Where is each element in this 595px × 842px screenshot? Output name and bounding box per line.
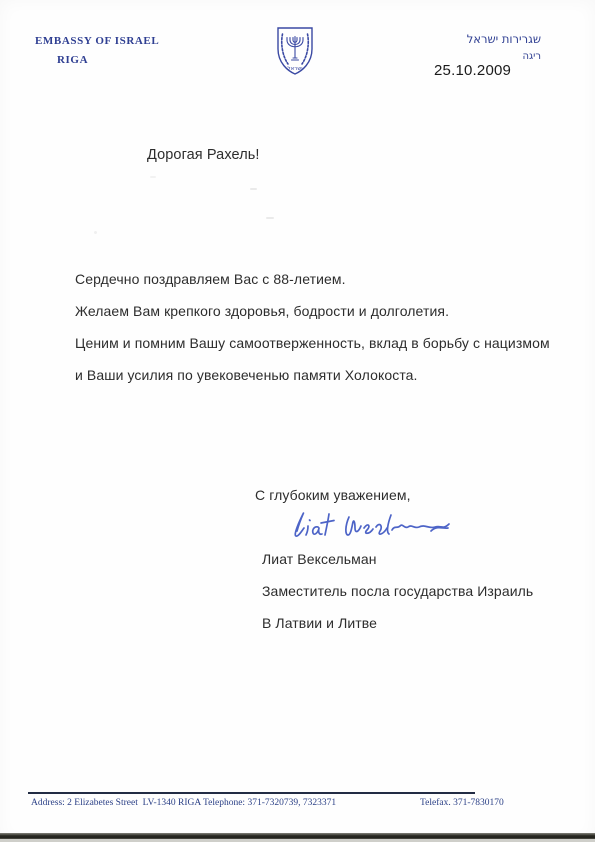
scan-smudge bbox=[94, 231, 97, 234]
signer-title-line-2: В Латвии и Литве bbox=[262, 615, 377, 631]
handwritten-signature bbox=[283, 502, 455, 553]
emblem-svg: ישראל bbox=[270, 25, 320, 79]
footer-telefax: Telefax. 371-7830170 bbox=[420, 798, 504, 808]
embassy-city-hebrew: ריגה bbox=[430, 51, 541, 62]
body-line: Желаем Вам крепкого здоровья, бодрости и… bbox=[75, 303, 449, 319]
embassy-name-hebrew: שגרירות ישראל bbox=[430, 32, 541, 46]
footer-telephone: Telephone: 371-7320739, 7323371 bbox=[203, 798, 336, 808]
emblem-hebrew-label: ישראל bbox=[287, 65, 302, 72]
embassy-name-english: EMBASSY OF ISRAEL bbox=[35, 35, 159, 47]
body-line: Ценим и помним Вашу самоотверженность, в… bbox=[75, 335, 550, 351]
israel-state-emblem-icon: ישראל bbox=[270, 25, 320, 84]
scanned-letter-page: EMBASSY OF ISRAEL RIGA ישראל שגרירות bbox=[0, 0, 595, 842]
closing-phrase: С глубоким уважением, bbox=[255, 487, 411, 503]
signer-name: Лиат Вексельман bbox=[262, 551, 377, 567]
letter-date: 25.10.2009 bbox=[434, 62, 511, 79]
footer-address: Address: 2 Elizabetes Street LV-1340 RIG… bbox=[31, 798, 201, 808]
embassy-header-hebrew: שגרירות ישראל ריגה bbox=[430, 32, 541, 62]
body-line: Сердечно поздравляем Вас с 88-летием. bbox=[75, 271, 346, 287]
salutation: Дорогая Рахель! bbox=[147, 147, 260, 163]
scan-smudge bbox=[250, 188, 257, 190]
embassy-city-english: RIGA bbox=[57, 54, 88, 66]
body-line: и Ваши усилия по увековеченью памяти Хол… bbox=[75, 367, 418, 383]
scan-smudge bbox=[150, 176, 156, 178]
scan-smudge bbox=[266, 217, 274, 219]
signer-title-line-1: Заместитель посла государства Израиль bbox=[262, 583, 533, 599]
footer-divider bbox=[28, 792, 475, 794]
signature-ink-svg bbox=[283, 502, 455, 548]
